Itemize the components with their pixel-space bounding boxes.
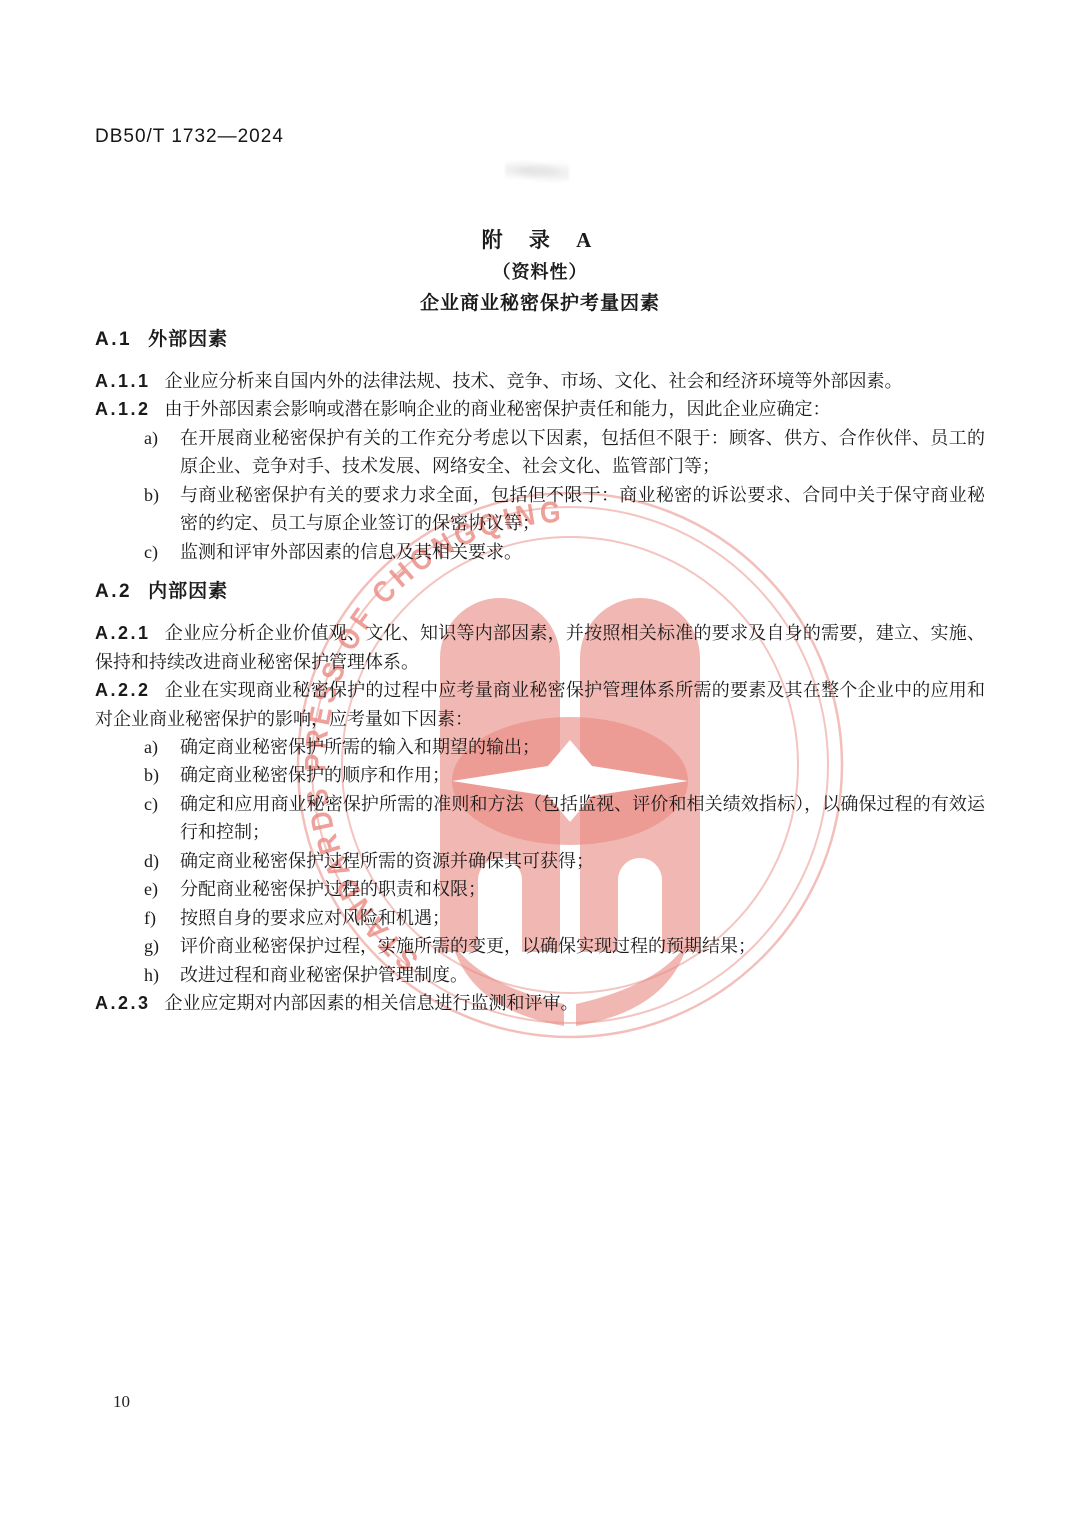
standard-number: DB50/T 1732—2024 bbox=[95, 126, 284, 148]
clause-number: A.2.2 bbox=[95, 680, 151, 700]
list-item-text: 分配商业秘密保护过程的职责和权限； bbox=[180, 875, 985, 903]
list-item: h) 改进过程和商业秘密保护管理制度。 bbox=[95, 961, 985, 989]
section-number: A.2 bbox=[95, 581, 132, 602]
list-item-text: 监测和评审外部因素的信息及其相关要求。 bbox=[180, 538, 985, 566]
list-item: c) 确定和应用商业秘密保护所需的准则和方法（包括监视、评价和相关绩效指标），以… bbox=[95, 790, 985, 847]
clause-paragraph: A.2.1企业应分析企业价值观、文化、知识等内部因素，并按照相关标准的要求及自身… bbox=[95, 619, 985, 676]
list-item-letter: f) bbox=[144, 904, 180, 932]
section-name: 外部因素 bbox=[148, 329, 228, 350]
list-item: e) 分配商业秘密保护过程的职责和权限； bbox=[95, 875, 985, 903]
clause-paragraph: A.1.2由于外部因素会影响或潜在影响企业的商业秘密保护责任和能力，因此企业应确… bbox=[95, 395, 985, 423]
sections-container: A.1外部因素 A.1.1企业应分析来自国内外的法律法规、技术、竞争、市场、文化… bbox=[95, 327, 985, 1018]
appendix-title: 附 录 A bbox=[95, 224, 985, 256]
list-item-text: 改进过程和商业秘密保护管理制度。 bbox=[180, 961, 985, 989]
clause-paragraph: A.2.3企业应定期对内部因素的相关信息进行监测和评审。 bbox=[95, 989, 985, 1017]
section-heading: A.1外部因素 bbox=[95, 327, 985, 353]
list-item: b) 确定商业秘密保护的顺序和作用； bbox=[95, 761, 985, 789]
list-item-text: 确定商业秘密保护的顺序和作用； bbox=[180, 761, 985, 789]
list-item: d) 确定商业秘密保护过程所需的资源并确保其可获得； bbox=[95, 847, 985, 875]
list-item: c) 监测和评审外部因素的信息及其相关要求。 bbox=[95, 538, 985, 566]
appendix-subject-title: 企业商业秘密保护考量因素 bbox=[95, 288, 985, 319]
clause-number: A.1.2 bbox=[95, 399, 151, 419]
list-item: a) 在开展商业秘密保护有关的工作充分考虑以下因素，包括但不限于：顾客、供方、合… bbox=[95, 424, 985, 481]
list-item-letter: g) bbox=[144, 932, 180, 960]
clause-text: 由于外部因素会影响或潜在影响企业的商业秘密保护责任和能力，因此企业应确定： bbox=[165, 399, 831, 419]
list-item-letter: c) bbox=[144, 790, 180, 847]
scan-smudge bbox=[505, 158, 569, 182]
list-item-text: 确定商业秘密保护过程所需的资源并确保其可获得； bbox=[180, 847, 985, 875]
list-item-letter: a) bbox=[144, 733, 180, 761]
list-item-letter: a) bbox=[144, 424, 180, 481]
list-item-text: 按照自身的要求应对风险和机遇； bbox=[180, 904, 985, 932]
list-item-text: 在开展商业秘密保护有关的工作充分考虑以下因素，包括但不限于：顾客、供方、合作伙伴… bbox=[180, 424, 985, 481]
section: A.1外部因素 A.1.1企业应分析来自国内外的法律法规、技术、竞争、市场、文化… bbox=[95, 327, 985, 566]
title-block: 附 录 A （资料性） 企业商业秘密保护考量因素 bbox=[95, 224, 985, 319]
list-item-text: 与商业秘密保护有关的要求力求全面，包括但不限于：商业秘密的诉讼要求、合同中关于保… bbox=[180, 481, 985, 538]
section: A.2内部因素 A.2.1企业应分析企业价值观、文化、知识等内部因素，并按照相关… bbox=[95, 579, 985, 1017]
list-item: f) 按照自身的要求应对风险和机遇； bbox=[95, 904, 985, 932]
clause-text: 企业应定期对内部因素的相关信息进行监测和评审。 bbox=[165, 993, 579, 1013]
clause-text: 企业在实现商业秘密保护的过程中应考量商业秘密保护管理体系所需的要素及其在整个企业… bbox=[95, 680, 985, 728]
list-item-letter: c) bbox=[144, 538, 180, 566]
list-item: a) 确定商业秘密保护所需的输入和期望的输出； bbox=[95, 733, 985, 761]
appendix-normative-label: （资料性） bbox=[95, 256, 985, 288]
clause-paragraph: A.2.2企业在实现商业秘密保护的过程中应考量商业秘密保护管理体系所需的要素及其… bbox=[95, 676, 985, 733]
clause-number: A.2.1 bbox=[95, 623, 151, 643]
section-heading: A.2内部因素 bbox=[95, 579, 985, 605]
clause-text: 企业应分析企业价值观、文化、知识等内部因素，并按照相关标准的要求及自身的需要，建… bbox=[95, 623, 985, 671]
document-page: STANDARDS PRESS OF CHONGQING DB50/T 1732… bbox=[0, 0, 1074, 1520]
list-item-letter: d) bbox=[144, 847, 180, 875]
clause-number: A.1.1 bbox=[95, 371, 151, 391]
list-item-letter: b) bbox=[144, 481, 180, 538]
list-item-letter: b) bbox=[144, 761, 180, 789]
page-number: 10 bbox=[113, 1392, 130, 1412]
section-blocks: A.1.1企业应分析来自国内外的法律法规、技术、竞争、市场、文化、社会和经济环境… bbox=[95, 367, 985, 566]
list-item-text: 确定和应用商业秘密保护所需的准则和方法（包括监视、评价和相关绩效指标），以确保过… bbox=[180, 790, 985, 847]
clause-text: 企业应分析来自国内外的法律法规、技术、竞争、市场、文化、社会和经济环境等外部因素… bbox=[165, 371, 903, 391]
clause-paragraph: A.1.1企业应分析来自国内外的法律法规、技术、竞争、市场、文化、社会和经济环境… bbox=[95, 367, 985, 395]
section-blocks: A.2.1企业应分析企业价值观、文化、知识等内部因素，并按照相关标准的要求及自身… bbox=[95, 619, 985, 1017]
section-number: A.1 bbox=[95, 329, 132, 350]
list-item-text: 确定商业秘密保护所需的输入和期望的输出； bbox=[180, 733, 985, 761]
list-item-letter: h) bbox=[144, 961, 180, 989]
list-item-letter: e) bbox=[144, 875, 180, 903]
list-item: b) 与商业秘密保护有关的要求力求全面，包括但不限于：商业秘密的诉讼要求、合同中… bbox=[95, 481, 985, 538]
list-item: g) 评价商业秘密保护过程，实施所需的变更，以确保实现过程的预期结果； bbox=[95, 932, 985, 960]
clause-number: A.2.3 bbox=[95, 993, 151, 1013]
appendix-content: 附 录 A （资料性） 企业商业秘密保护考量因素 A.1外部因素 A.1.1企业… bbox=[95, 224, 985, 1018]
list-item-text: 评价商业秘密保护过程，实施所需的变更，以确保实现过程的预期结果； bbox=[180, 932, 985, 960]
section-name: 内部因素 bbox=[148, 581, 228, 602]
